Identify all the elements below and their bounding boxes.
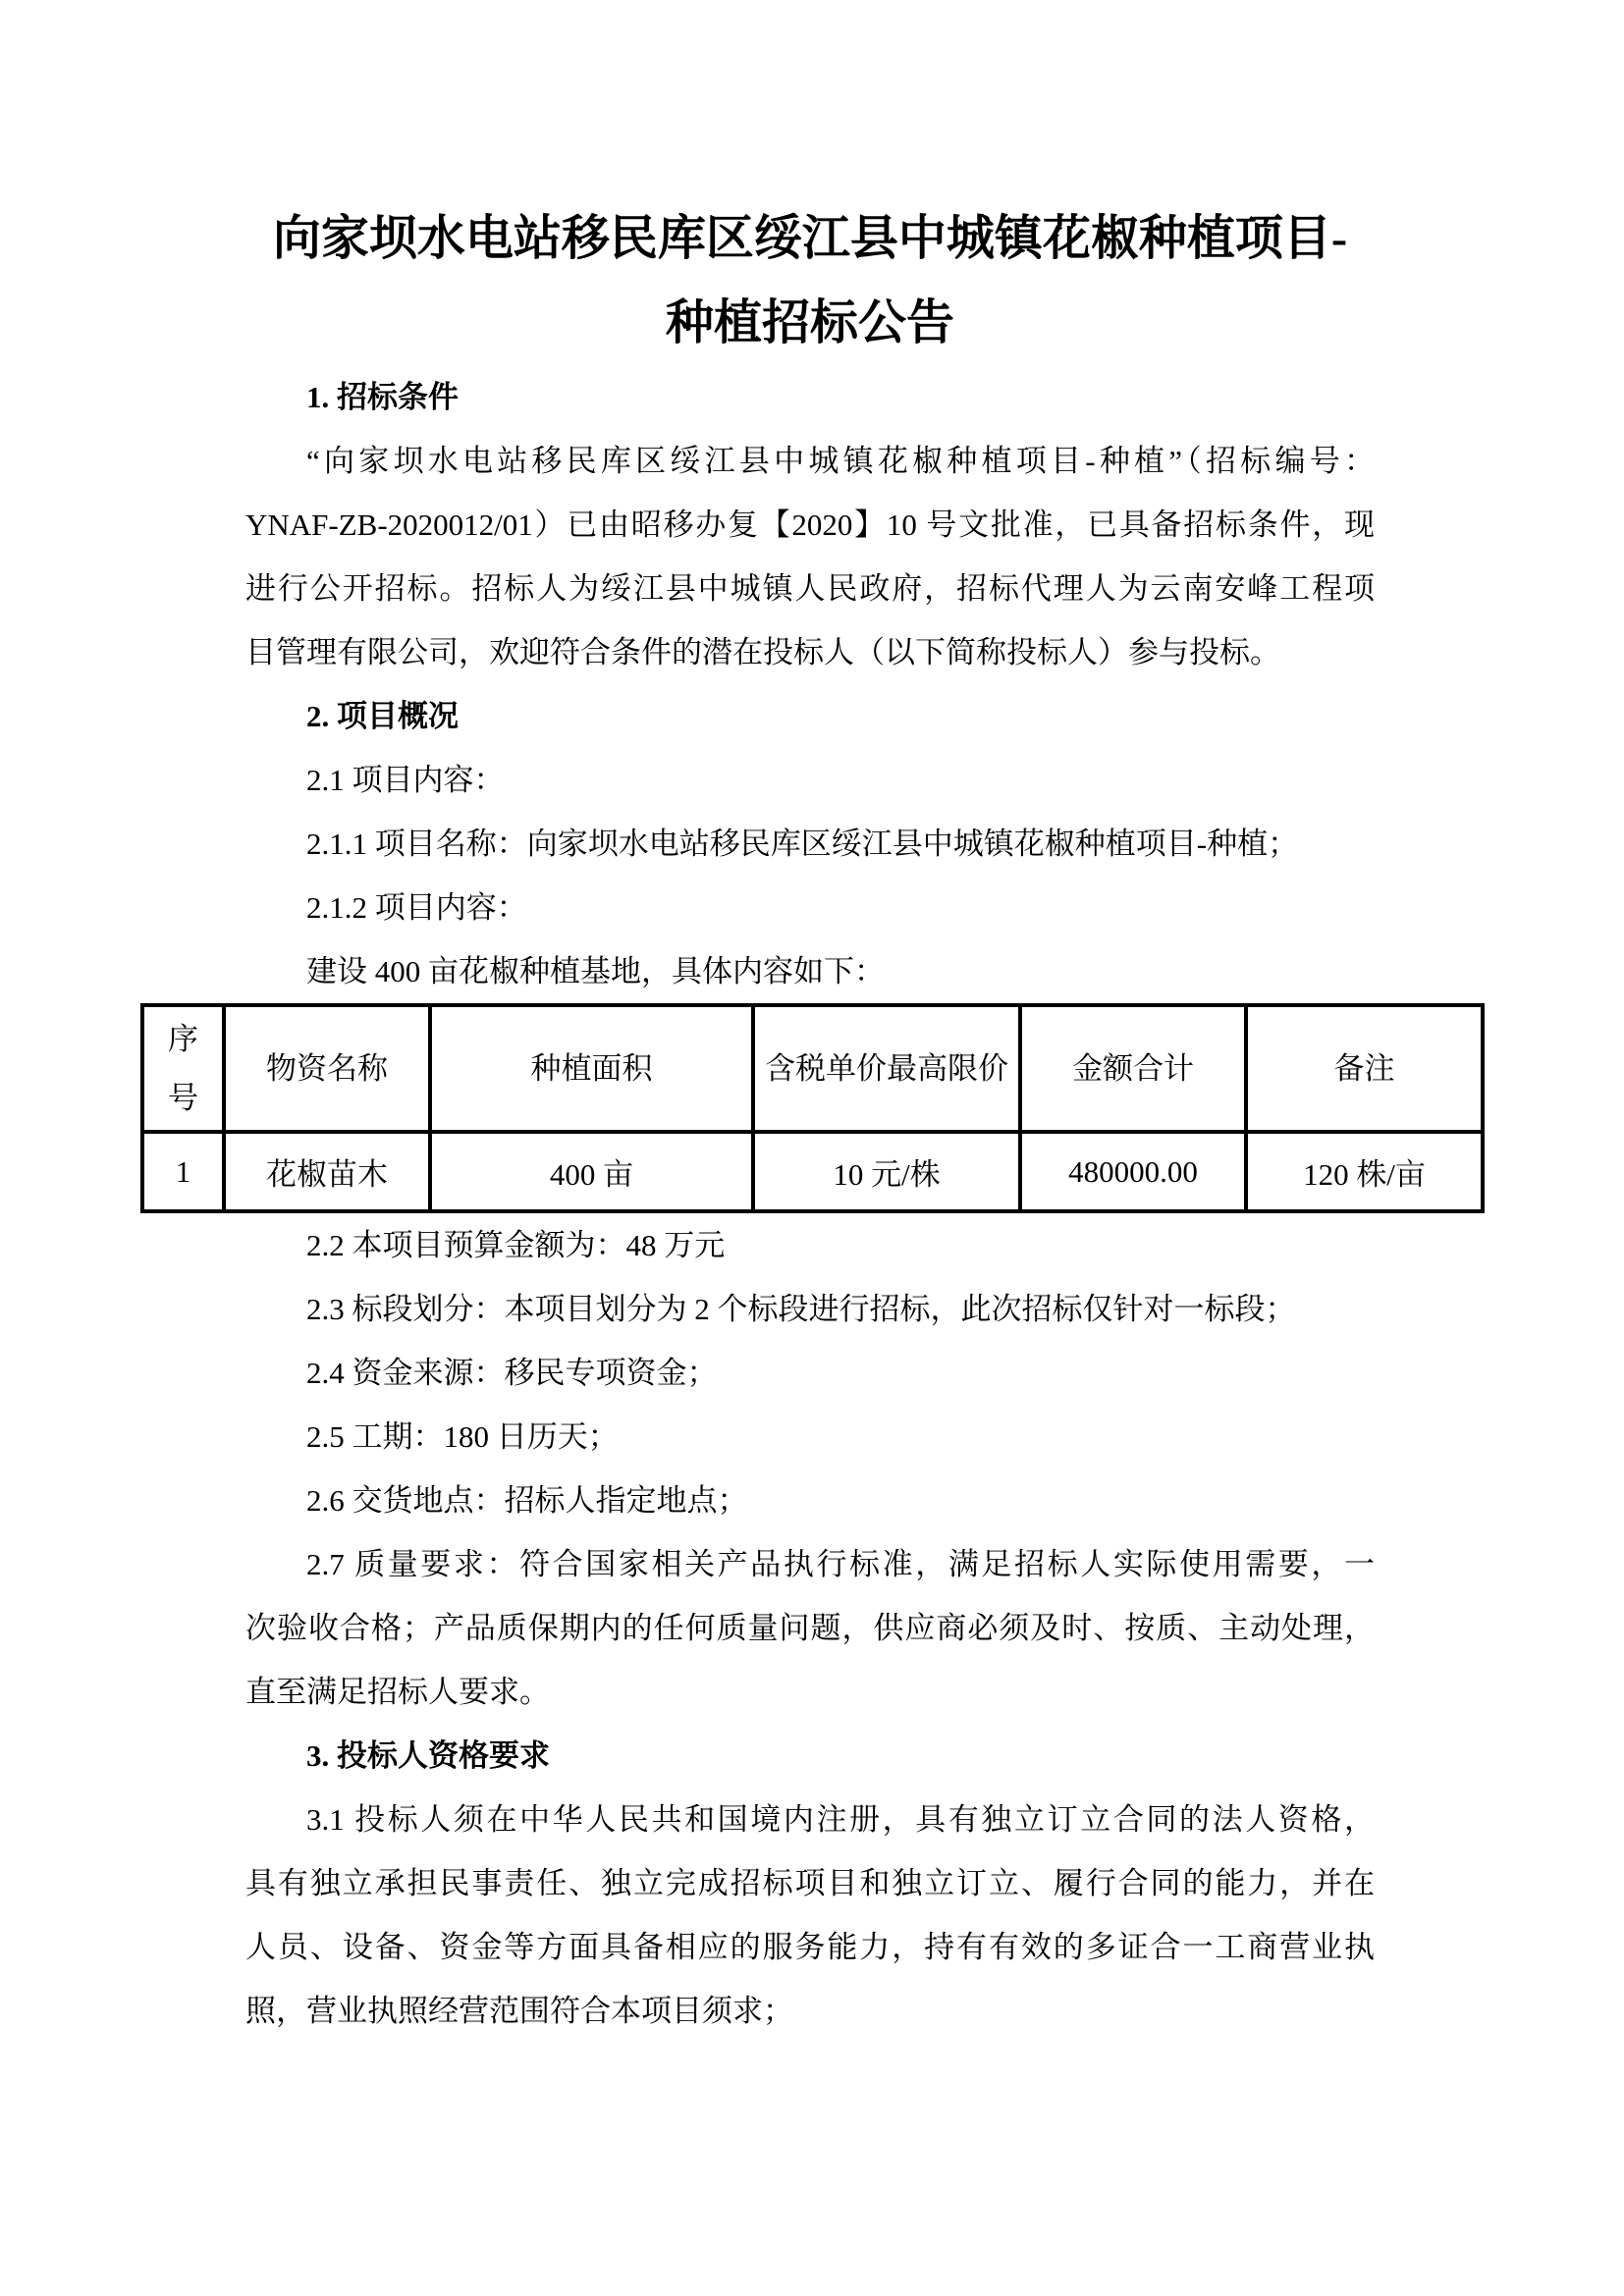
header-seq-no: 序号 bbox=[142, 1005, 224, 1132]
paragraph-line: 目管理有限公司，欢迎符合条件的潜在投标人（以下简称投标人）参与投标。 bbox=[245, 620, 1375, 684]
section-project-overview: 2. 项目概况 2.1 项目内容： 2.1.1 项目名称：向家坝水电站移民库区绥… bbox=[245, 684, 1375, 1003]
paragraph-line: 2.6 交货地点：招标人指定地点； bbox=[245, 1468, 1375, 1532]
cell-total-amount: 480000.00 bbox=[1020, 1132, 1246, 1211]
materials-table: 序号 物资名称 种植面积 含税单价最高限价 金额合计 备注 1 花椒苗木 400… bbox=[140, 1003, 1485, 1213]
paragraph-line: 3.1 投标人须在中华人民共和国境内注册，具有独立订立合同的法人资格， bbox=[245, 1788, 1375, 1851]
paragraph-line: 人员、设备、资金等方面具备相应的服务能力，持有有效的多证合一工商营业执 bbox=[245, 1915, 1375, 1979]
header-material-name: 物资名称 bbox=[224, 1005, 430, 1132]
paragraph-line: 照，营业执照经营范围符合本项目须求； bbox=[245, 1979, 1375, 2043]
paragraph-line: YNAF-ZB-2020012/01）已由昭移办复【2020】10 号文批准，已… bbox=[245, 493, 1375, 557]
header-planting-area: 种植面积 bbox=[430, 1005, 753, 1132]
document-page: 向家坝水电站移民库区绥江县中城镇花椒种植项目- 种植招标公告 1. 招标条件 “… bbox=[0, 0, 1624, 2296]
cell-max-unit-price: 10 元/株 bbox=[753, 1132, 1020, 1211]
paragraph-line: 具有独立承担民事责任、独立完成招标项目和独立订立、履行合同的能力，并在 bbox=[245, 1851, 1375, 1915]
table-row: 1 花椒苗木 400 亩 10 元/株 480000.00 120 株/亩 bbox=[142, 1132, 1483, 1211]
paragraph-line: 2.1.1 项目名称：向家坝水电站移民库区绥江县中城镇花椒种植项目-种植； bbox=[245, 812, 1375, 876]
paragraph-line: 2.4 资金来源：移民专项资金； bbox=[245, 1341, 1375, 1405]
section-bidder-qualifications: 3. 投标人资格要求 3.1 投标人须在中华人民共和国境内注册，具有独立订立合同… bbox=[245, 1724, 1375, 2043]
paragraph-line: 进行公开招标。招标人为绥江县中城镇人民政府，招标代理人为云南安峰工程项 bbox=[245, 557, 1375, 620]
document-title-line-2: 种植招标公告 bbox=[245, 281, 1375, 365]
heading-project-overview: 2. 项目概况 bbox=[245, 684, 1375, 748]
header-total-amount: 金额合计 bbox=[1020, 1005, 1246, 1132]
cell-planting-area: 400 亩 bbox=[430, 1132, 753, 1211]
cell-remarks: 120 株/亩 bbox=[1246, 1132, 1483, 1211]
paragraph-line: 2.2 本项目预算金额为：48 万元 bbox=[245, 1213, 1375, 1277]
document-title: 向家坝水电站移民库区绥江县中城镇花椒种植项目- 种植招标公告 bbox=[245, 196, 1375, 365]
paragraph-line: 次验收合格；产品质保期内的任何质量问题，供应商必须及时、按质、主动处理， bbox=[245, 1596, 1375, 1660]
heading-tender-conditions: 1. 招标条件 bbox=[245, 365, 1375, 429]
paragraph-line: 2.3 标段划分：本项目划分为 2 个标段进行招标，此次招标仅针对一标段； bbox=[245, 1277, 1375, 1341]
header-remarks: 备注 bbox=[1246, 1005, 1483, 1132]
paragraph-line: 建设 400 亩花椒种植基地，具体内容如下： bbox=[245, 939, 1375, 1003]
heading-bidder-qualifications: 3. 投标人资格要求 bbox=[245, 1724, 1375, 1788]
paragraph-line: 2.7 质量要求：符合国家相关产品执行标准，满足招标人实际使用需要，一 bbox=[245, 1532, 1375, 1596]
paragraph-line: 2.1.2 项目内容： bbox=[245, 876, 1375, 939]
section-tender-conditions: 1. 招标条件 “向家坝水电站移民库区绥江县中城镇花椒种植项目-种植”（招标编号… bbox=[245, 365, 1375, 684]
cell-seq-no: 1 bbox=[142, 1132, 224, 1211]
cell-material-name: 花椒苗木 bbox=[224, 1132, 430, 1211]
table-header-row: 序号 物资名称 种植面积 含税单价最高限价 金额合计 备注 bbox=[142, 1005, 1483, 1132]
paragraph-line: 直至满足招标人要求。 bbox=[245, 1660, 1375, 1724]
paragraph-line: 2.5 工期：180 日历天； bbox=[245, 1405, 1375, 1468]
paragraph-line: 2.1 项目内容： bbox=[245, 748, 1375, 812]
header-max-unit-price: 含税单价最高限价 bbox=[753, 1005, 1020, 1132]
document-title-line-1: 向家坝水电站移民库区绥江县中城镇花椒种植项目- bbox=[245, 196, 1375, 281]
paragraph-line: “向家坝水电站移民库区绥江县中城镇花椒种植项目-种植”（招标编号： bbox=[245, 429, 1375, 493]
section-project-details: 2.2 本项目预算金额为：48 万元 2.3 标段划分：本项目划分为 2 个标段… bbox=[245, 1213, 1375, 1724]
